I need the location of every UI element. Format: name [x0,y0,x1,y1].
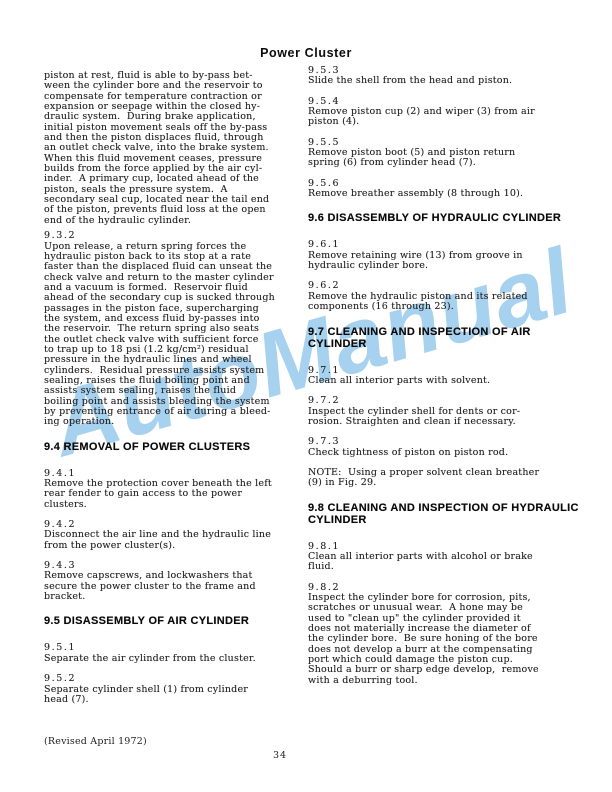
item-text: Separate cylinder shell (1) from cylinde… [44,685,306,706]
item-text: Remove the hydraulic piston and its rela… [308,292,586,313]
right-column: 9.5.3Slide the shell from the head and p… [308,66,586,696]
item-text: Remove piston cup (2) and wiper (3) from… [308,107,586,128]
numbered-item: 9.8.1Clean all interior parts with alcoh… [308,542,586,573]
numbered-item: 9.5.5Remove piston boot (5) and piston r… [308,138,586,169]
item-text: Remove capscrews, and lockwashers that s… [44,571,306,602]
item-number: 9.5.2 [44,674,306,684]
item-text: Inspect the cylinder shell for dents or … [308,407,586,428]
item-text: Remove breather assembly (8 through 10). [308,189,586,199]
numbered-item: 9.6.2Remove the hydraulic piston and its… [308,281,586,312]
numbered-item: 9.3.2Upon release, a return spring force… [44,231,306,428]
paragraph-text: piston at rest, fluid is able to by-pass… [44,71,306,226]
numbered-item: 9.6.1Remove retaining wire (13) from gro… [308,240,586,271]
item-text: Inspect the cylinder bore for corrosion,… [308,593,586,686]
note-text: NOTE: Using a proper solvent clean breat… [308,468,586,489]
item-text: Upon release, a return spring forces the… [44,242,306,428]
item-text: Disconnect the air line and the hydrauli… [44,530,306,551]
item-text: Remove piston boot (5) and piston return… [308,148,586,169]
left-column: piston at rest, fluid is able to by-pass… [44,71,306,715]
numbered-item: 9.8.2Inspect the cylinder bore for corro… [308,583,586,686]
section-heading: 9.6 DISASSEMBLY OF HYDRAULIC CYLINDER [308,212,586,224]
item-number: 9.7.2 [308,396,586,406]
numbered-item: 9.7.2Inspect the cylinder shell for dent… [308,396,586,427]
revision-note: (Revised April 1972) [44,736,147,747]
item-text: Clean all interior parts with alcohol or… [308,552,586,573]
item-text: Separate the air cylinder from the clust… [44,654,306,664]
numbered-item: 9.5.4Remove piston cup (2) and wiper (3)… [308,97,586,128]
item-text: Remove the protection cover beneath the … [44,479,306,510]
item-number: 9.3.2 [44,231,306,241]
page-title: Power Cluster [0,46,612,60]
section-heading: 9.5 DISASSEMBLY OF AIR CYLINDER [44,615,306,627]
section-heading: 9.7 CLEANING AND INSPECTION OF AIR CYLIN… [308,326,586,350]
manual-page: AutoManual Power Cluster piston at rest,… [0,0,612,792]
numbered-item: 9.5.2Separate cylinder shell (1) from cy… [44,674,306,705]
item-text: Slide the shell from the head and piston… [308,76,586,86]
section-heading: 9.4 REMOVAL OF POWER CLUSTERS [44,441,306,453]
numbered-item: 9.4.2Disconnect the air line and the hyd… [44,520,306,551]
numbered-item: 9.5.1Separate the air cylinder from the … [44,643,306,664]
section-heading: 9.8 CLEANING AND INSPECTION OF HYDRAULIC… [308,502,586,526]
item-text: Remove retaining wire (13) from groove i… [308,251,586,272]
numbered-item: 9.7.1Clean all interior parts with solve… [308,366,586,387]
item-number: 9.7.3 [308,437,586,447]
numbered-item: 9.5.6Remove breather assembly (8 through… [308,179,586,200]
numbered-item: 9.4.1Remove the protection cover beneath… [44,469,306,510]
numbered-item: 9.7.3Check tightness of piston on piston… [308,437,586,458]
page-number: 34 [260,750,300,761]
numbered-item: 9.5.3Slide the shell from the head and p… [308,66,586,87]
item-text: Check tightness of piston on piston rod. [308,448,586,458]
numbered-item: 9.4.3Remove capscrews, and lockwashers t… [44,561,306,602]
item-text: Clean all interior parts with solvent. [308,376,586,386]
